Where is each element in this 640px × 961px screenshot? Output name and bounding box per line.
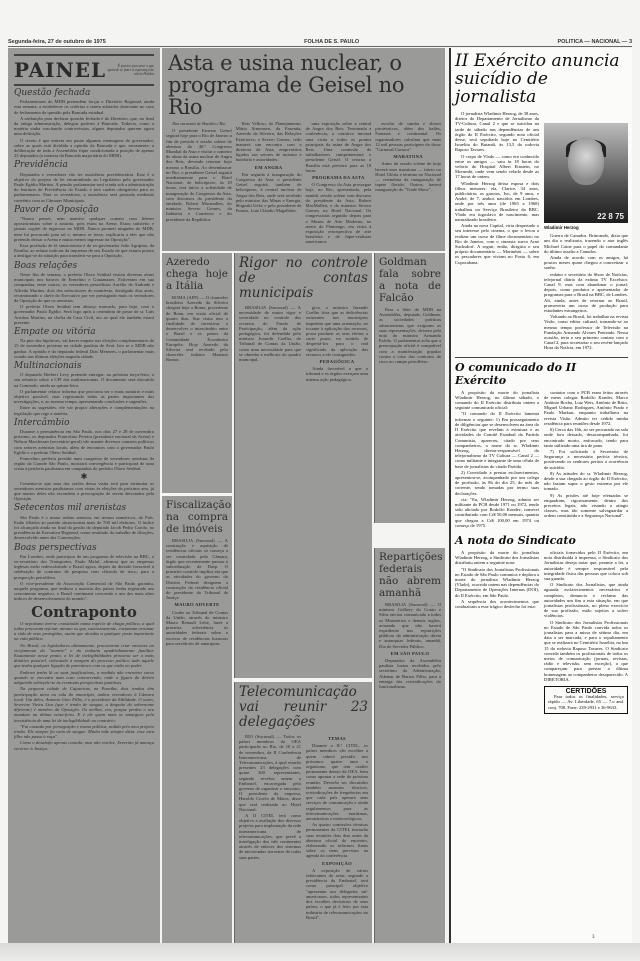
herzog-column: II Exército anuncia suicídio de jornalis… [449,48,632,943]
paragraph: Na pequena cidade de Cajazeiras, na Para… [14,686,154,722]
subhead: EM SÃO PAULO [379,651,441,656]
paragraph: Ainda de acordo com os amigos, há poucos… [544,255,628,271]
column: contatos com o PCB eram feitos através d… [544,390,628,529]
divider [14,54,154,56]
column: 22 8 75 Wladimir Herzog Guerra de Canudo… [544,111,628,352]
subhead: MARATONA [375,154,441,159]
section-title: Previdência [14,163,154,168]
paragraph: Ainda na nova Capital, viria despertado … [455,223,539,265]
paragraph: A II CITEL terá como objetivo a avaliaçã… [239,813,301,860]
story-columns: RIO (Sucursal) — Todos os países membros… [239,734,368,921]
herzog-headline: II Exército anuncia suicídio de jornalis… [455,52,628,106]
subhead: EXPOSIÇÃO [306,861,368,866]
section-title: Intercâmbio [14,421,154,426]
scan-margin [0,943,640,961]
paragraph: Durante a permanência em São Paulo, nos … [14,429,154,455]
herzog-photo: 22 8 75 [544,123,628,223]
paragraph: cia: "Eu, Wladimir Herzog, admito ser mi… [455,497,539,528]
section-previdencia: Previdência Deputados e vereadores vão t… [14,163,154,202]
paragraph: Voltando ao Brasil, foi trabalhar na rev… [544,314,628,350]
story-headline: Azeredo chega hoje a Itália [166,256,228,292]
photo-caption: Wladimir Herzog [544,225,628,230]
column: uma exposição sobre a central de Angra d… [306,121,372,246]
painel-header: PAINEL É preciso procurar o que aparede … [14,58,154,82]
paragraph: Como o desabafo apenas consola, mas não … [14,740,154,750]
section-title: Pavor de Oposição [14,208,154,213]
story-headline: Repartições federais não abrem amanhã [379,551,441,599]
story-fiscalizacao: Fiscalização na compra de imóveis BRASIL… [162,496,232,961]
paragraph: O Sindicato dos Jornalistas Profissionai… [544,620,628,682]
column: Das sucursais de Brasília e Rio O presid… [166,121,232,246]
section-boas-perspectivas: Boas perspectivas Em Londres, onde parti… [14,546,154,602]
paragraph: A atribuição para declarar questão fecha… [14,116,154,137]
paragraph: O receio é que entrem em pauta algumas m… [14,138,154,159]
paragraph: O Sindicato dos Jornalistas, que ainda a… [544,582,628,618]
paragraph: "Fui cassado por perseguição e trama pol… [14,724,154,740]
photo-stamp: 22 8 75 [597,214,624,219]
paragraph: Wladimir Herzog deixa esposa e dois filh… [455,181,539,223]
subhead: EM ANGRA [236,165,302,170]
paragraph: RIO (Sucursal) — Todos os países membros… [239,734,301,812]
section-title: Multinacionais [14,364,154,369]
paragraph: BRASILIA (Sucursal) — A construção e aqu… [166,538,228,600]
painel-column: PAINEL É preciso procurar o que aparede … [8,48,160,943]
painel-motto: É preciso procurar o que aparede se faze… [106,64,154,77]
paragraph: Reis Velloso, do Planejamento; Mário Sim… [236,121,302,163]
sindicato-title: A nota do Sindicato [455,534,628,547]
paragraph: Essa profissão de fé situacionista é do … [14,243,154,259]
paragraph: O deputado Herbert Levy pretende entrega… [14,372,154,388]
section-questao-fechada: Questão fechada Parlamentares do MDB pre… [14,91,154,158]
column: TEMAS Durante a II.ª CITEL, os países me… [306,734,368,921]
subhead: PROGRAMA DA ASTA [306,175,372,180]
certidoes-ad: CERTIDÕES Para todos os finalidades, ser… [544,686,628,714]
paragraph: Em Londres, onde participou de um progra… [14,554,154,580]
paragraph: Entre as sugestões, ele vai propor alter… [14,405,154,415]
column: BRASILIA (Sucursal) — A necessidade de m… [239,305,301,383]
ad-text: Para todos os finalidades, serviço rápid… [548,694,624,710]
paragraph: uma exposição sobre a central de Angra d… [306,121,372,173]
main-story-columns: Das sucursais de Brasília e Rio O presid… [162,118,445,249]
column: O jornalista Wladimir Herzog, de 38 anos… [455,111,539,352]
subhead: PEDAGÓGICA [306,359,368,364]
story-goldman: Goldman fala sobre a nota de Falcão Para… [374,253,445,523]
section-title: Questão fechada [14,91,154,96]
photo-face [568,137,604,185]
paragraph: A propósito da morte do jornalista Wladi… [455,550,539,566]
column: A propósito da morte do jornalista Wladi… [455,390,539,529]
paragraph: 8) As atitudes do sr. Wladimir Herzog, d… [544,471,628,492]
paragraph: escolar de samba e shows pirotécnicos, a… [375,121,441,152]
paragraph: "O Sindicato dos Jornalistas Profissiona… [455,567,539,598]
paragraph: Parlamentares do MDB pretendem forçar o … [14,99,154,115]
column: oficiais fornecidos pelo II Exército, em… [544,550,628,714]
main-headline: Asta e usina nuclear, o programa de Geis… [162,48,445,118]
painel-sections: Questão fechada Parlamentares do MDB pre… [14,91,154,751]
herzog-story: O jornalista Wladimir Herzog, de 38 anos… [455,111,628,352]
paragraph: O corpo de Vlado — como era conhecido en… [455,154,539,180]
paragraph: 6) Cerca das 16h, ao ser procurado na sa… [544,427,628,448]
section-empate-ou-vitoria: Empate ou vitória Na pior das hipóteses,… [14,330,154,359]
paragraph: Em seguida à inauguração do Congresso da… [236,172,302,214]
story-reparticoes: Repartições federais não abrem amanhã BR… [374,548,445,961]
section-setecentos-mil-arenistas: Setecentos mil arenistas São Paulo é o m… [14,506,154,540]
section-title: Setecentos mil arenistas [14,506,154,511]
paragraph: redator e secretário do Show de Notícias… [544,272,628,314]
asterisk-ornament-icon: ✱ [14,473,154,481]
column: gica, o ministro Jurandir Coelho frisa q… [306,305,368,383]
paragraph: BRASILIA (Sucursal) — A necessidade de m… [239,305,301,362]
paragraph: Deputados e vereadores vão ter assistênc… [14,172,154,203]
paragraph: O jornalista Wladimir Herzog, de 38 anos… [455,111,539,153]
paragraph: O Congresso da Asta prossegue hoje, no R… [306,182,372,244]
column: RIO (Sucursal) — Todos os países membros… [239,734,301,921]
paragraph: Durante a II.ª CITEL, os países membros … [306,743,368,821]
paragraph: gica, o ministro Jurandir Coelho frisa q… [306,305,368,357]
section-pavor-de-oposicao: Pavor de Oposição "Nunca pensei, nem man… [14,208,154,259]
paragraph: BRASILIA (Sucursal) — O ministro Golbery… [379,602,441,649]
sindicato-story: A propósito da morte do jornalista Wladi… [455,550,628,714]
page-number: 3 [592,935,595,940]
paragraph: "O comando do II Exército lamenta inform… [455,411,539,468]
painel-title: PAINEL [14,58,106,82]
paragraph: O presidente Ernesto Geisel seguirá hoje… [166,128,232,222]
paragraph: oficiais fornecidos pelo II Exército, em… [544,550,628,581]
main-story: Asta e usina nuclear, o programa de Geis… [162,48,445,251]
paragraph: Antes da sessão solene de hoje haverá um… [375,161,441,192]
paragraph: São Paulo é o maior reduto arenista, em … [14,515,154,541]
story-telecomunicacao: Telecomunicação vai reunir 23 delegações… [234,682,372,961]
divider [14,84,154,86]
paragraph: contatos com o PCB eram feitos através d… [544,390,628,426]
story-azeredo: Azeredo chega hoje a Itália ROMA (AFP) —… [162,253,232,493]
story-columns: BRASILIA (Sucursal) — A necessidade de m… [239,305,368,383]
paragraph: Na pior das hipóteses, vai haver empate … [14,338,154,359]
comunicado-title: O comunicado do II Exército [455,357,628,387]
paragraph: Neste fim de semana, o prefeito Olavo Se… [14,272,154,303]
paragraph: A sequência dos acontecimentos que condu… [455,599,539,609]
column: Reis Velloso, do Planejamento; Mário Sim… [236,121,302,246]
paragraph: A propósito da morte do jornalista Wladi… [455,390,539,411]
section-title: Boas relações [14,264,154,269]
paragraph: 9) As prisões até hoje efetuadas se enqu… [544,493,628,519]
newspaper-name: FOLHA DE S. PAULO [304,39,359,45]
paragraph: Comenta-se que uma das razões dessa visi… [14,481,154,502]
comunicado-story: A propósito da morte do jornalista Wladi… [455,390,628,529]
column: escolar de samba e shows pirotécnicos, a… [375,121,441,246]
masthead: Segunda-feira, 27 de outubro de 1975 FOL… [8,37,632,47]
section-multinacionais: Multinacionais O deputado Herbert Levy p… [14,364,154,416]
section-boas-relacoes: Boas relações Neste fim de semana, o pre… [14,264,154,325]
story-headline: Rigor no controle de contas municipais [239,256,368,301]
section-intercambio: Intercâmbio Durante a permanência em São… [14,421,154,502]
byline: Das sucursais de Brasília e Rio [166,121,232,126]
section-title: Empate ou vitória [14,330,154,335]
paragraph: 7) Foi solicitada à Secretaria de Segura… [544,449,628,470]
issue-date: Segunda-feira, 27 de outubro de 1975 [8,39,106,45]
contraponto-title: Contraponto [14,610,154,615]
paragraph: "Nunca pensei, nem mantive qualquer cont… [14,216,154,242]
subhead: TEMAS [306,736,368,741]
paragraph: Guerra de Canudos. Brincando, dizia que … [544,233,628,254]
paragraph: Para o líder do MDB na Assembléia, deput… [379,307,441,364]
paragraph: No Brasil, os legisladores ultimamente, … [14,643,154,669]
paragraph: Coube ao Tribunal de Contas da União, at… [166,610,228,646]
story-headline: Fiscalização na compra de imóveis [166,499,228,535]
section-contraponto: Contraponto O nepotismo tem-se constituí… [14,610,154,751]
story-rigor: Rigor no controle de contas municipais B… [234,253,372,678]
section-title: Boas perspectivas [14,546,154,551]
paragraph: Embora tenha lá as suas justificativas, … [14,670,154,686]
paragraph: O nepotismo tem-se constituído numa espé… [14,621,154,642]
paragraph: As quatro comissões técnicas permanentes… [306,822,368,858]
story-headline: Goldman fala sobre a nota de Falcão [379,256,441,304]
story-headline: Telecomunicação vai reunir 23 delegações [239,685,368,730]
column: A propósito da morte do jornalista Wladi… [455,550,539,714]
paragraph: O parlamentar relator informa que procur… [14,389,154,405]
paragraph: A exposição de vários fabricantes do set… [306,868,368,920]
paragraph: O vice-presidente da Associação Comercia… [14,581,154,602]
paragraph: O prefeito Olavo Setúbal tem almoço marc… [14,304,154,325]
subhead: MAURO ADVERTE [166,602,228,607]
paragraph: 2) Convidado a prestar esclarecimentos, … [455,470,539,496]
paragraph: Ainda favorável a que o tribunal e os ór… [306,366,368,382]
paragraph: Francelino preferiu presidir num congres… [14,456,154,472]
paragraph: Deputados da Assembléia paulista foram r… [379,658,441,689]
paragraph: ROMA (AFP) — O chanceler brasileiro Azer… [166,295,228,363]
section-label: POLITICA — NACIONAL — 3 [557,39,632,45]
